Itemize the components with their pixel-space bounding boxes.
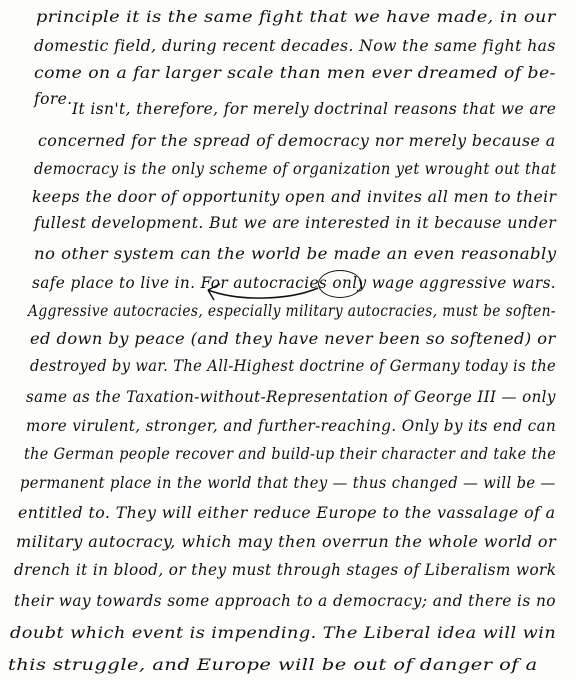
manuscript-line-6: concerned for the spread of democracy no… (38, 132, 556, 150)
manuscript-page: principle it is the same fight that we h… (0, 0, 576, 680)
manuscript-line-12: Aggressive autocracies, especially milit… (28, 302, 556, 320)
manuscript-line-21: drench it in blood, or they must through… (14, 561, 556, 579)
manuscript-line-5: It isn't, therefore, for merely doctrina… (72, 100, 556, 118)
manuscript-line-13: ed down by peace (and they have never be… (30, 330, 556, 348)
manuscript-line-20: military autocracy, which may then overr… (16, 533, 556, 551)
manuscript-line-4: fore. (34, 90, 73, 108)
manuscript-line-14: destroyed by war. The All-Highest doctri… (30, 357, 556, 375)
manuscript-line-23: doubt which event is impending. The Libe… (10, 624, 556, 642)
manuscript-line-16: more virulent, stronger, and further-rea… (26, 417, 556, 435)
circled-word-only (318, 270, 362, 298)
manuscript-line-1: principle it is the same fight that we h… (36, 8, 556, 26)
manuscript-line-8: keeps the door of opportunity open and i… (32, 188, 556, 206)
manuscript-line-2: domestic field, during recent decades. N… (34, 37, 556, 55)
manuscript-line-15: same as the Taxation-without-Representat… (26, 388, 556, 406)
manuscript-line-11: safe place to live in. For autocracies o… (32, 274, 556, 292)
manuscript-line-24: this struggle, and Europe will be out of… (8, 656, 538, 674)
manuscript-line-19: entitled to. They will either reduce Eur… (18, 504, 556, 522)
manuscript-line-3: come on a far larger scale than men ever… (34, 64, 556, 82)
manuscript-line-9: fullest development. But we are interest… (34, 214, 556, 232)
manuscript-line-7: democracy is the only scheme of organiza… (34, 160, 556, 178)
manuscript-line-22: their way towards some approach to a dem… (14, 592, 556, 610)
manuscript-line-18: permanent place in the world that they —… (20, 474, 556, 492)
manuscript-line-10: no other system can the world be made an… (34, 245, 556, 263)
manuscript-line-17: the German people recover and build-up t… (24, 445, 556, 463)
